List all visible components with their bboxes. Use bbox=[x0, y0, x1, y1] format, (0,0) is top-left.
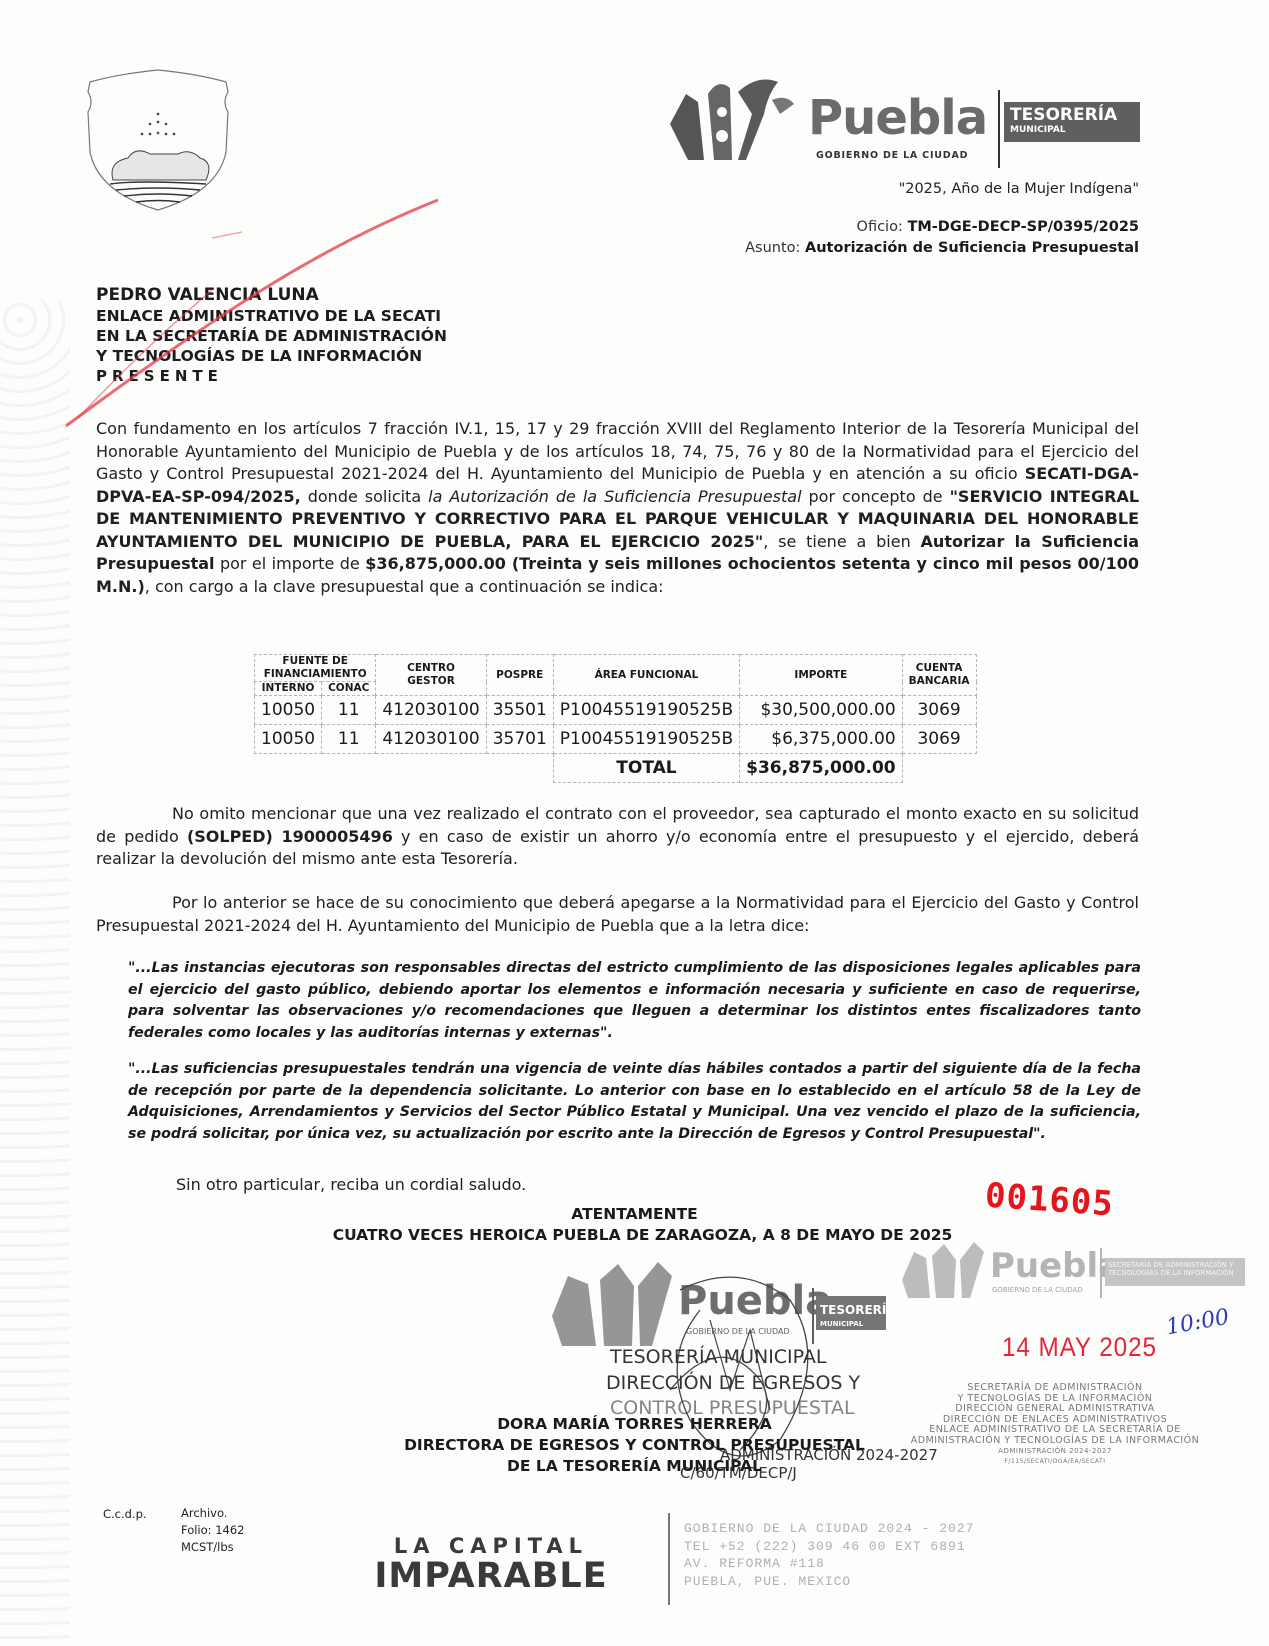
addressee-title-line: EN LA SECRETARÍA DE ADMINISTRACIÓN bbox=[96, 326, 447, 346]
reception-stamp-text: SECRETARÍA DE ADMINISTRACIÓN Y TECNOLOGÍ… bbox=[905, 1383, 1205, 1467]
slogan-line2: IMPARABLE bbox=[346, 1558, 636, 1594]
closing-greeting: Sin otro particular, reciba un cordial s… bbox=[176, 1175, 526, 1194]
addressee-name: PEDRO VALENCIA LUNA bbox=[96, 285, 447, 306]
presente-label: PRESENTE bbox=[96, 366, 447, 386]
la-capital-imparable-logo: LA CAPITAL IMPARABLE bbox=[346, 1534, 636, 1594]
solped-number: (SOLPED) 1900005496 bbox=[187, 827, 393, 846]
ccdp-item: Archivo. bbox=[181, 1505, 244, 1522]
col-interno: INTERNO bbox=[255, 682, 322, 696]
addressee-block: PEDRO VALENCIA LUNA ENLACE ADMINISTRATIV… bbox=[96, 285, 447, 386]
footer-divider bbox=[668, 1513, 670, 1605]
ccdp-label: C.c.d.p. bbox=[103, 1507, 147, 1521]
table-total-row: TOTAL $36,875,000.00 bbox=[255, 754, 977, 783]
col-conac: CONAC bbox=[322, 682, 376, 696]
quote-instancias-ejecutoras: "...Las instancias ejecutoras son respon… bbox=[128, 958, 1141, 1044]
logo-department-badge: TESORERÍA MUNICIPAL bbox=[1004, 102, 1140, 142]
ccdp-item: Folio: 1462 bbox=[181, 1522, 244, 1539]
logo-word: Puebla bbox=[808, 90, 987, 146]
oficio-number: Oficio: TM-DGE-DECP-SP/0395/2025 bbox=[857, 219, 1139, 235]
puebla-emblem-icon bbox=[668, 74, 803, 164]
footer-contact-info: GOBIERNO DE LA CIUDAD 2024 - 2027 TEL +5… bbox=[684, 1520, 974, 1590]
total-value: $36,875,000.00 bbox=[740, 754, 903, 783]
handwritten-reception-time: 10:00 bbox=[1164, 1305, 1231, 1341]
addressee-title-line: ENLACE ADMINISTRATIVO DE LA SECATI bbox=[96, 306, 447, 326]
table-row: 10050 11 412030100 35501 P10045519190525… bbox=[255, 696, 977, 725]
col-importe: IMPORTE bbox=[740, 655, 903, 696]
budget-key-table: FUENTE DE FINANCIAMIENTO CENTRO GESTOR P… bbox=[254, 654, 977, 783]
ccdp-item: MCST/lbs bbox=[181, 1539, 244, 1556]
puebla-tesoreria-logo: Puebla GOBIERNO DE LA CIUDAD TESORERÍA M… bbox=[668, 70, 1138, 170]
col-fuente: FUENTE DE FINANCIAMIENTO bbox=[255, 655, 376, 682]
seal-text-line: TESORERÍA MUNICIPAL bbox=[610, 1344, 827, 1370]
logo-subtitle: GOBIERNO DE LA CIUDAD bbox=[816, 150, 968, 161]
col-centro-gestor: CENTRO GESTOR bbox=[376, 655, 486, 696]
col-pospre: POSPRE bbox=[486, 655, 553, 696]
asunto-subject: Asunto: Autorización de Suficiencia Pres… bbox=[745, 240, 1139, 256]
total-label: TOTAL bbox=[553, 754, 739, 783]
table-row: 10050 11 412030100 35701 P10045519190525… bbox=[255, 725, 977, 754]
body-paragraph-normatividad: Por lo anterior se hace de su conocimien… bbox=[96, 892, 1139, 937]
col-cuenta-bancaria: CUENTA BANCARIA bbox=[902, 655, 976, 696]
puebla-emblem-faded-icon bbox=[900, 1240, 988, 1300]
addressee-title-line: Y TECNOLOGÍAS DE LA INFORMACIÓN bbox=[96, 346, 447, 366]
reception-date-stamp: 14 MAY 2025 bbox=[1002, 1332, 1157, 1363]
seal-text-line: DIRECCIÓN DE EGRESOS Y bbox=[606, 1370, 860, 1396]
year-motto: "2025, Año de la Mujer Indígena" bbox=[899, 181, 1139, 197]
body-paragraph-solped: No omito mencionar que una vez realizado… bbox=[96, 803, 1139, 871]
body-paragraph-authorization: Con fundamento en los artículos 7 fracci… bbox=[96, 418, 1139, 598]
secati-reception-logo: Puebla GOBIERNO DE LA CIUDAD SECRETARÍA … bbox=[900, 1240, 1245, 1310]
ccdp-list: Archivo. Folio: 1462 MCST/lbs bbox=[181, 1505, 244, 1556]
slogan-line1: LA CAPITAL bbox=[346, 1534, 636, 1558]
city-crest-icon bbox=[78, 62, 238, 214]
quote-vigencia-suficiencias: "...Las suficiencias presupuestales tend… bbox=[128, 1059, 1141, 1145]
logo-divider bbox=[998, 90, 1000, 168]
col-area-funcional: ÁREA FUNCIONAL bbox=[553, 655, 739, 696]
